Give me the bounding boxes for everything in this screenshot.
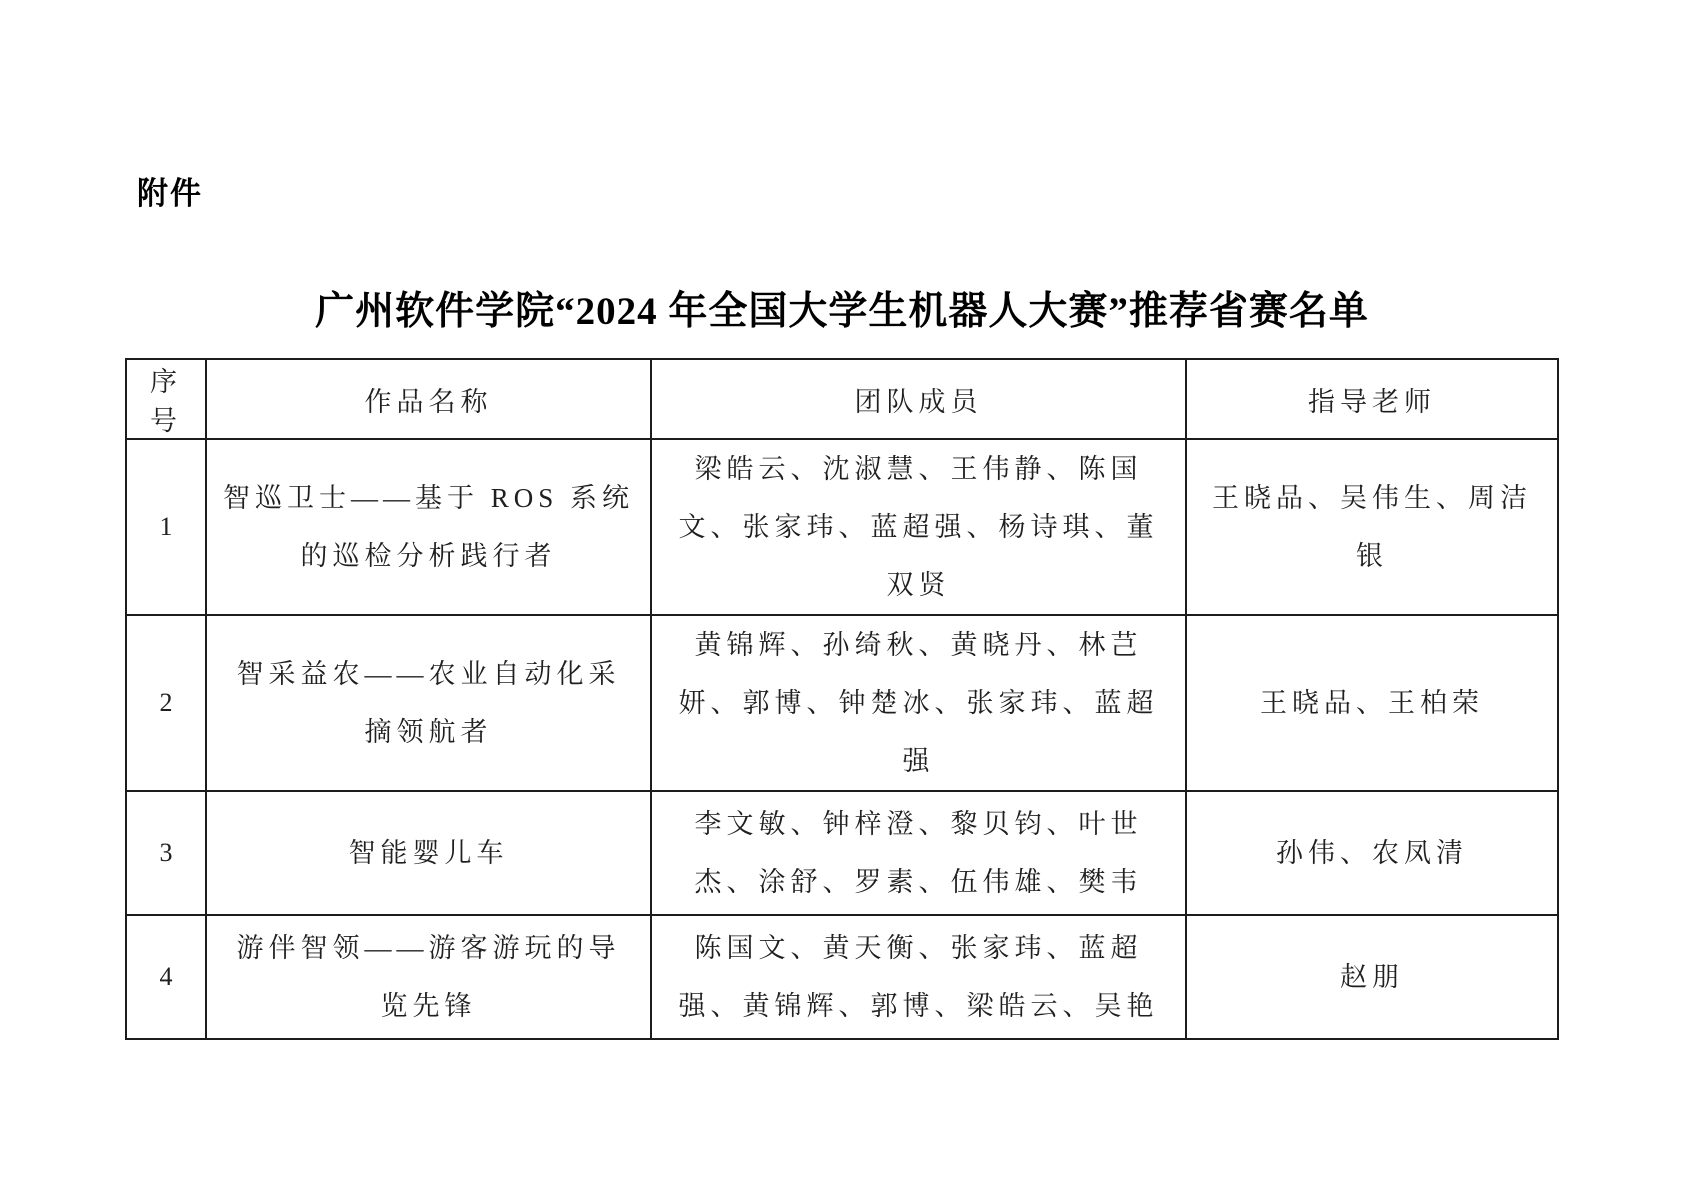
- column-header-no: 序号: [126, 359, 206, 439]
- recommendation-table: 序号 作品名称 团队成员 指导老师 1 智巡卫士——基于 ROS 系统的巡检分析…: [125, 358, 1559, 1040]
- teachers: 王晓品、吴伟生、周洁银: [1186, 439, 1558, 615]
- table-header-row: 序号 作品名称 团队成员 指导老师: [126, 359, 1558, 439]
- row-number: 3: [126, 791, 206, 915]
- attachment-label: 附件: [137, 168, 203, 213]
- team-members: 黄锦辉、孙绮秋、黄晓丹、林芑妍、郭博、钟楚冰、张家玮、蓝超强: [651, 615, 1186, 791]
- team-members: 陈国文、黄天衡、张家玮、蓝超强、黄锦辉、郭博、梁皓云、吴艳: [651, 915, 1186, 1039]
- teachers: 孙伟、农凤清: [1186, 791, 1558, 915]
- work-name: 智能婴儿车: [206, 791, 651, 915]
- team-members: 梁皓云、沈淑慧、王伟静、陈国文、张家玮、蓝超强、杨诗琪、董双贤: [651, 439, 1186, 615]
- row-number: 4: [126, 915, 206, 1039]
- work-name: 游伴智领——游客游玩的导览先锋: [206, 915, 651, 1039]
- work-name: 智巡卫士——基于 ROS 系统的巡检分析践行者: [206, 439, 651, 615]
- work-name: 智采益农——农业自动化采摘领航者: [206, 615, 651, 791]
- row-number: 1: [126, 439, 206, 615]
- column-header-members: 团队成员: [651, 359, 1186, 439]
- table-row: 2 智采益农——农业自动化采摘领航者 黄锦辉、孙绮秋、黄晓丹、林芑妍、郭博、钟楚…: [126, 615, 1558, 791]
- document-page: 附件 广州软件学院“2024 年全国大学生机器人大赛”推荐省赛名单 序号 作品名…: [0, 0, 1684, 1191]
- teachers: 王晓品、王柏荣: [1186, 615, 1558, 791]
- page-title: 广州软件学院“2024 年全国大学生机器人大赛”推荐省赛名单: [0, 280, 1684, 336]
- column-header-work: 作品名称: [206, 359, 651, 439]
- teachers: 赵朋: [1186, 915, 1558, 1039]
- row-number: 2: [126, 615, 206, 791]
- table-row: 4 游伴智领——游客游玩的导览先锋 陈国文、黄天衡、张家玮、蓝超强、黄锦辉、郭博…: [126, 915, 1558, 1039]
- table-row: 3 智能婴儿车 李文敏、钟梓澄、黎贝钧、叶世杰、涂舒、罗素、伍伟雄、樊韦 孙伟、…: [126, 791, 1558, 915]
- team-members: 李文敏、钟梓澄、黎贝钧、叶世杰、涂舒、罗素、伍伟雄、樊韦: [651, 791, 1186, 915]
- table-row: 1 智巡卫士——基于 ROS 系统的巡检分析践行者 梁皓云、沈淑慧、王伟静、陈国…: [126, 439, 1558, 615]
- column-header-teachers: 指导老师: [1186, 359, 1558, 439]
